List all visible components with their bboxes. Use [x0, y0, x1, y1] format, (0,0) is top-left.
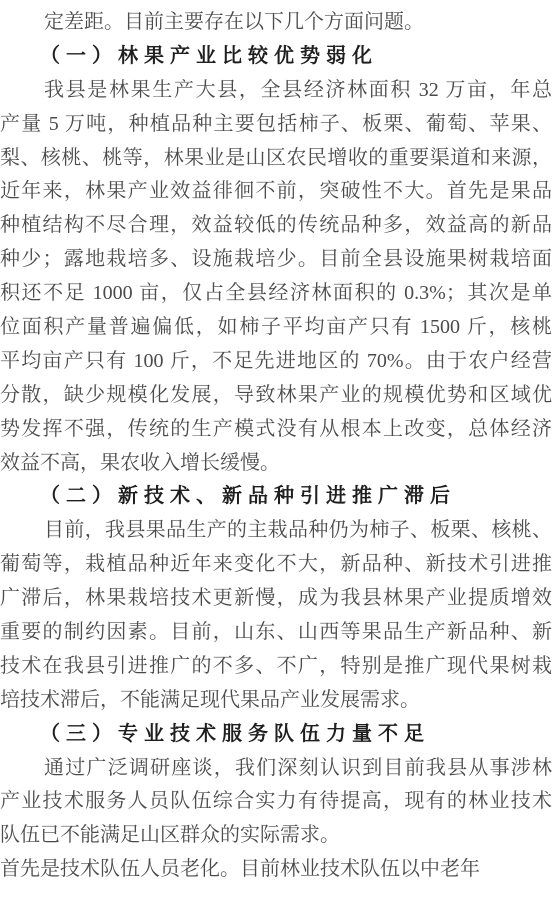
body-line: 种少；露地栽培多、设施栽培少。目前全县设施果树栽培面 [0, 243, 552, 277]
body-line: 平均亩产只有 100 斤，不足先进地区的 70%。由于农户经营 [0, 345, 552, 379]
body-line: 目前，我县果品生产的主栽品种仍为柿子、板栗、核桃、 [0, 514, 552, 548]
body-line: 葡萄等，栽植品种近年来变化不大，新品种、新技术引进推 [0, 548, 552, 582]
body-line: 位面积产量普遍偏低，如柿子平均亩产只有 1500 斤，核桃 [0, 311, 552, 345]
body-line: 通过广泛调研座谈，我们深刻认识到目前我县从事涉林 [0, 752, 552, 786]
body-line: 积还不足 1000 亩，仅占全县经济林面积的 0.3%；其次是单 [0, 277, 552, 311]
body-line: 梨、核桃、桃等，林果业是山区农民增收的重要渠道和来源， [0, 142, 552, 176]
body-line: 队伍已不能满足山区群众的实际需求。 [0, 819, 552, 853]
document-page: 定差距。目前主要存在以下几个方面问题。 （一）林果产业比较优势弱化 我县是林果生… [0, 0, 554, 908]
body-line: 定差距。目前主要存在以下几个方面问题。 [0, 6, 552, 40]
body-line: 势发挥不强，传统的生产模式没有从根本上改变，总体经济 [0, 413, 552, 447]
heading-issue-2: （二）新技术、新品种引进推广滞后 [0, 480, 552, 514]
heading-issue-1: （一）林果产业比较优势弱化 [0, 40, 552, 74]
body-line: 种植结构不尽合理，效益较低的传统品种多，效益高的新品 [0, 209, 552, 243]
body-line: 首先是技术队伍人员老化。目前林业技术队伍以中老年 [0, 853, 552, 887]
body-line: 广滞后，林果栽培技术更新慢，成为我县林果产业提质增效 [0, 582, 552, 616]
heading-issue-3: （三）专业技术服务队伍力量不足 [0, 718, 552, 752]
body-line: 效益不高，果农收入增长缓慢。 [0, 447, 552, 481]
body-line: 产业技术服务人员队伍综合实力有待提高，现有的林业技术 [0, 785, 552, 819]
body-line: 技术在我县引进推广的不多、不广，特别是推广现代果树栽 [0, 650, 552, 684]
body-line: 分散，缺少规模化发展，导致林果产业的规模优势和区域优 [0, 379, 552, 413]
body-line: 培技术滞后，不能满足现代果品产业发展需求。 [0, 684, 552, 718]
body-line: 近年来，林果产业效益徘徊不前，突破性不大。首先是果品 [0, 175, 552, 209]
body-line: 重要的制约因素。目前，山东、山西等果品生产新品种、新 [0, 616, 552, 650]
body-line: 产量 5 万吨，种植品种主要包括柿子、板栗、葡萄、苹果、 [0, 108, 552, 142]
body-line: 我县是林果生产大县，全县经济林面积 32 万亩，年总 [0, 74, 552, 108]
